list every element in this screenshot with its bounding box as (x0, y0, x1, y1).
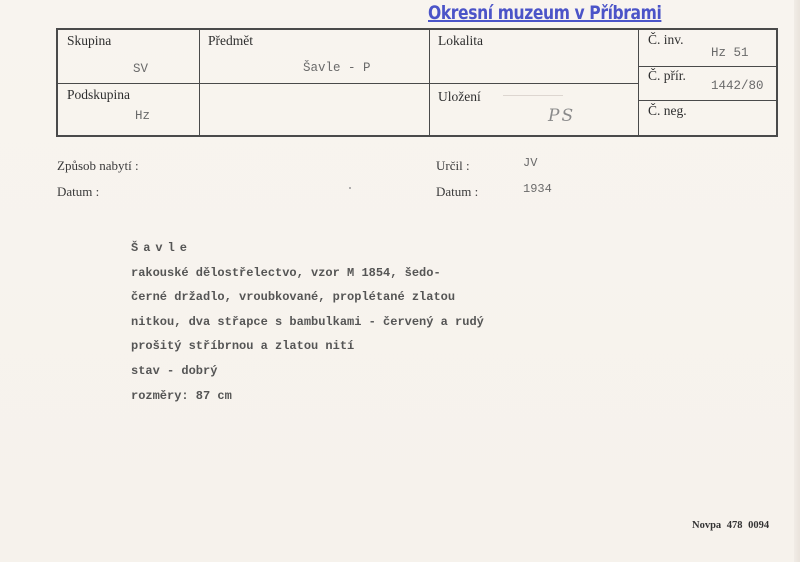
urcil-label: Určil : (436, 158, 470, 174)
podskupina-label: Podskupina (67, 87, 130, 103)
datum-urceni-label: Datum : (436, 184, 478, 200)
c-inv-label: Č. inv. (648, 32, 684, 48)
print-code: Novpa 478 0094 (692, 520, 769, 531)
ulozeni-value: PS (548, 106, 575, 126)
predmet-label: Předmět (208, 33, 253, 49)
datum-nabyti-label: Datum : (57, 184, 99, 200)
description-line: černé držadlo, vroubkované, proplétané z… (131, 285, 484, 310)
ulozeni-faint-line (503, 95, 563, 96)
divider-cinv (638, 66, 776, 67)
predmet-value: Šavle - P (303, 61, 371, 75)
urcil-value: JV (523, 156, 537, 170)
description-line: rozměry: 87 cm (131, 384, 484, 409)
datum-urceni-value: 1934 (523, 182, 552, 196)
c-inv-value: Hz 51 (711, 46, 749, 60)
c-neg-label: Č. neg. (648, 103, 687, 119)
card-edge (794, 0, 800, 562)
skupina-value: SV (133, 62, 148, 76)
catalog-card: Okresní muzeum v Příbrami Skupina SV Pře… (0, 0, 800, 562)
description-title: Šavle (131, 236, 484, 261)
description-line: nitkou, dva střapce s bambulkami - červe… (131, 310, 484, 335)
skupina-label: Skupina (67, 33, 111, 49)
description-line: prošitý stříbrnou a zlatou nití (131, 334, 484, 359)
object-description: Šavle rakouské dělostřelectvo, vzor M 18… (131, 236, 484, 408)
lokalita-label: Lokalita (438, 33, 483, 49)
c-prir-label: Č. přír. (648, 68, 686, 84)
catalog-form-table: Skupina SV Předmět Šavle - P Lokalita Po… (56, 28, 778, 137)
description-line: rakouské dělostřelectvo, vzor M 1854, še… (131, 261, 484, 286)
description-line: stav - dobrý (131, 359, 484, 384)
paper-speck (349, 187, 351, 189)
divider-row (58, 83, 638, 84)
museum-stamp: Okresní muzeum v Příbrami (428, 2, 661, 24)
c-prir-value: 1442/80 (711, 79, 764, 93)
podskupina-value: Hz (135, 109, 150, 123)
ulozeni-label: Uložení (438, 89, 481, 105)
divider-cprir (638, 100, 776, 101)
zpusob-nabyti-label: Způsob nabytí : (57, 158, 139, 174)
divider-col-3 (638, 30, 639, 135)
